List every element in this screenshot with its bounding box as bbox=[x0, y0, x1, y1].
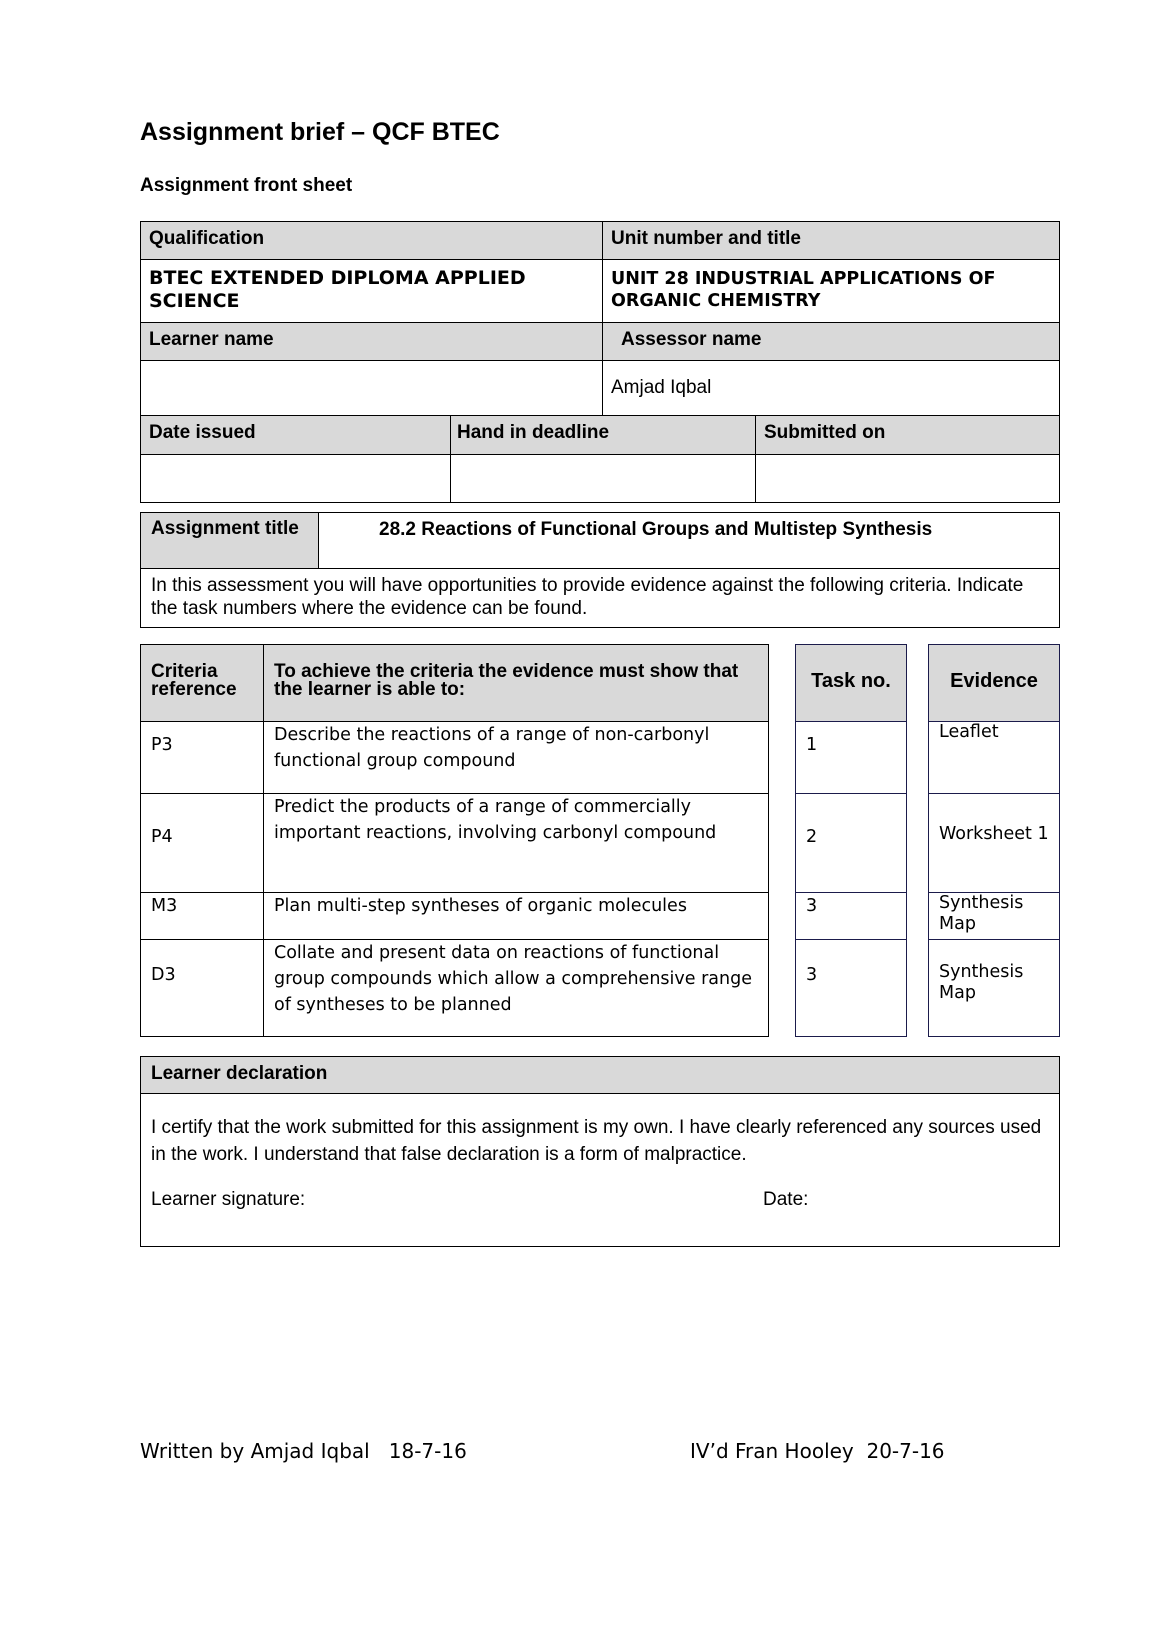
declaration-heading: Learner declaration bbox=[140, 1056, 1060, 1094]
footer-written-by: Written by Amjad Iqbal 18-7-16 bbox=[140, 1439, 467, 1463]
assessor-name-label: Assessor name bbox=[602, 322, 1060, 361]
evidence-cell: Leaflet bbox=[928, 721, 1060, 794]
date-issued-label: Date issued bbox=[140, 415, 451, 455]
footer-iv-by: IV’d Fran Hooley 20-7-16 bbox=[690, 1439, 945, 1463]
criteria-reference-cell: P3 bbox=[140, 721, 264, 794]
criteria-description-cell: Plan multi-step syntheses of organic mol… bbox=[263, 892, 769, 940]
learner-name-field[interactable] bbox=[140, 360, 603, 416]
task-no-cell: 3 bbox=[795, 892, 907, 940]
qualification-label: Qualification bbox=[140, 221, 603, 260]
submitted-on-label: Submitted on bbox=[755, 415, 1060, 455]
criteria-reference-header: Criteria reference bbox=[140, 644, 264, 722]
assessor-name-value: Amjad Iqbal bbox=[602, 360, 1060, 416]
task-no-cell: 1 bbox=[795, 721, 907, 794]
declaration-text: I certify that the work submitted for th… bbox=[151, 1114, 1049, 1168]
task-no-cell: 3 bbox=[795, 939, 907, 1037]
hand-in-deadline-label: Hand in deadline bbox=[450, 415, 756, 455]
criteria-description-cell: Collate and present data on reactions of… bbox=[263, 939, 769, 1037]
criteria-reference-cell: D3 bbox=[140, 939, 264, 1037]
criteria-description-cell: Describe the reactions of a range of non… bbox=[263, 721, 769, 794]
evidence-cell: Synthesis Map bbox=[928, 892, 1060, 940]
criteria-reference-cell: M3 bbox=[140, 892, 264, 940]
assignment-title-value: 28.2 Reactions of Functional Groups and … bbox=[318, 512, 1060, 569]
declaration-body: I certify that the work submitted for th… bbox=[140, 1093, 1060, 1247]
learner-signature-label: Learner signature: bbox=[151, 1189, 305, 1211]
date-issued-field[interactable] bbox=[140, 454, 451, 503]
evidence-cell: Worksheet 1 bbox=[928, 793, 1060, 893]
unit-value: UNIT 28 INDUSTRIAL APPLICATIONS OF ORGAN… bbox=[602, 259, 1060, 323]
declaration-date-label: Date: bbox=[763, 1189, 808, 1211]
unit-label: Unit number and title bbox=[602, 221, 1060, 260]
qualification-value: BTEC EXTENDED DIPLOMA APPLIED SCIENCE bbox=[140, 259, 603, 323]
learner-name-label: Learner name bbox=[140, 322, 603, 361]
criteria-description-cell: Predict the products of a range of comme… bbox=[263, 793, 769, 893]
assignment-title-label: Assignment title bbox=[140, 512, 319, 569]
document-subtitle: Assignment front sheet bbox=[140, 175, 352, 197]
hand-in-deadline-field[interactable] bbox=[450, 454, 756, 503]
criteria-reference-cell: P4 bbox=[140, 793, 264, 893]
submitted-on-field[interactable] bbox=[755, 454, 1060, 503]
evidence-header: Evidence bbox=[928, 644, 1060, 722]
task-no-cell: 2 bbox=[795, 793, 907, 893]
criteria-description-header: To achieve the criteria the evidence mus… bbox=[263, 644, 769, 722]
evidence-cell: Synthesis Map bbox=[928, 939, 1060, 1037]
assignment-instructions: In this assessment you will have opportu… bbox=[140, 568, 1060, 628]
document-title: Assignment brief – QCF BTEC bbox=[140, 118, 500, 147]
task-no-header: Task no. bbox=[795, 644, 907, 722]
